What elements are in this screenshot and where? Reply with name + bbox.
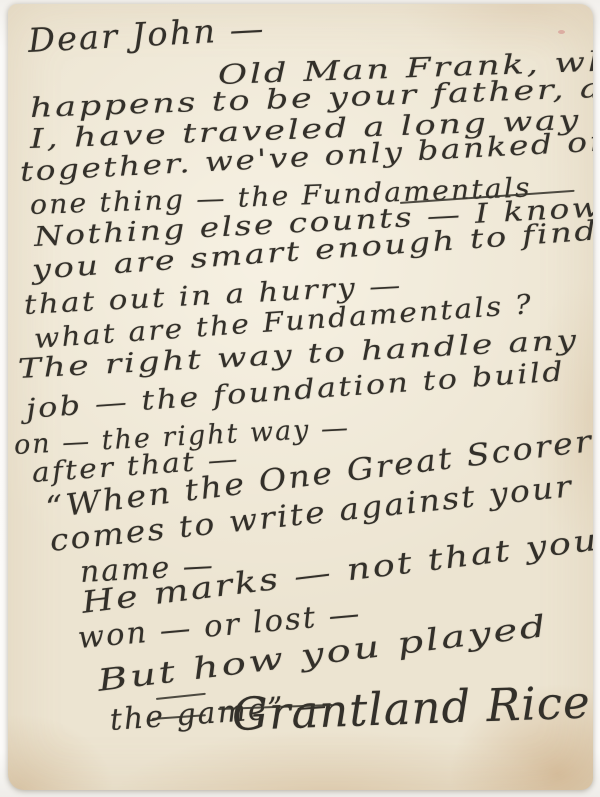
paper-speck (558, 30, 565, 34)
letter-page: Dear John — Old Man Frank, who happens t… (8, 4, 593, 790)
scan-background: Dear John — Old Man Frank, who happens t… (0, 0, 600, 797)
signature: Grantland Rice (231, 679, 591, 736)
salutation: Dear John — (27, 12, 266, 57)
